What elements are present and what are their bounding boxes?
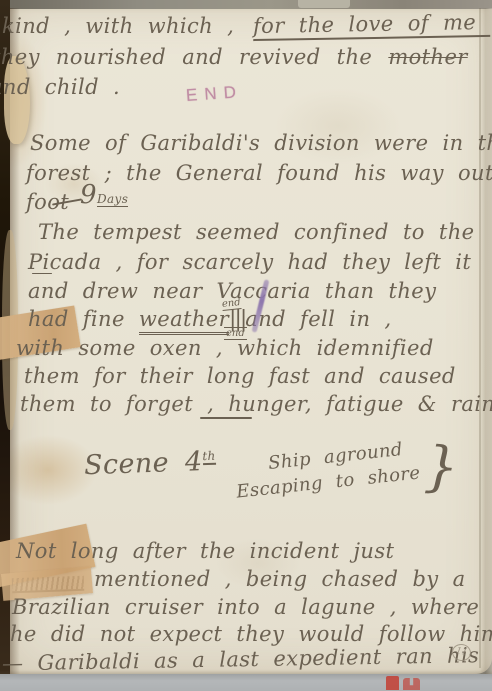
- manuscript-line: them for their long fast and caused: [24, 366, 456, 387]
- pen-underline: [32, 273, 52, 274]
- manuscript-line: they nourished and revived the mother: [0, 47, 468, 68]
- line-text: and fell in ,: [245, 307, 391, 331]
- line-text: Picada , for scarcely had they left it: [28, 250, 471, 274]
- line-text: had fine: [28, 307, 125, 331]
- underlined-phrase: for the love of me: [253, 10, 491, 41]
- line-text: them to forget ,: [20, 392, 214, 416]
- line-text: mentioned , being chased by a: [94, 567, 466, 591]
- line-text: hunger, fatigue & rain: [228, 392, 492, 416]
- line-text: they nourished and revived the: [0, 45, 372, 69]
- page-right-edge: [480, 8, 492, 674]
- scene-heading: Scene 4th: [84, 448, 217, 480]
- days-number: 9: [80, 180, 97, 210]
- line-text: he did not expect they would follow him: [10, 622, 492, 646]
- days-annotation: 9Days: [80, 182, 128, 208]
- manuscript-line: Brazilian cruiser into a lagune , where: [12, 597, 479, 618]
- scene-title-text: Scene 4: [83, 446, 203, 481]
- line-text: and child .: [0, 75, 120, 99]
- pen-underline: [200, 417, 252, 419]
- line-text: kind , with which ,: [2, 14, 234, 38]
- line-text: Brazilian cruiser into a lagune , where: [12, 595, 479, 619]
- manuscript-scan: kind , with which , for the love of me t…: [0, 0, 492, 691]
- manuscript-line: The tempest seemed confined to the: [38, 222, 475, 243]
- manuscript-line: them to forget , hunger, fatigue & rain: [20, 394, 492, 415]
- line-text: them for their long fast and caused: [24, 364, 456, 388]
- line-text: The tempest seemed confined to the: [38, 220, 475, 244]
- days-word: Days: [97, 192, 128, 207]
- struck-word: mother: [388, 45, 467, 69]
- page-right-edge-line: [479, 8, 481, 668]
- end-pencil-note: END: [185, 82, 243, 106]
- end-superscript-note: end: [221, 297, 241, 311]
- manuscript-line: for the love of me: [253, 12, 490, 37]
- scan-top-edge: [0, 0, 492, 9]
- manuscript-line: kind , with which ,: [2, 16, 234, 37]
- red-stamp-fragment-icon: [386, 676, 399, 690]
- manuscript-line: mentioned , being chased by a: [94, 569, 466, 590]
- line-text: with some oxen , which idemnified: [16, 336, 434, 360]
- line-text: Some of Garibaldi's division were in the: [30, 131, 492, 155]
- manuscript-line: Picada , for scarcely had they left it: [28, 252, 471, 273]
- scan-top-edge-notch: [298, 0, 350, 8]
- line-text: Not long after the incident just: [16, 539, 394, 563]
- scene-brace: }: [423, 439, 460, 494]
- manuscript-line: Not long after the incident just: [16, 541, 394, 562]
- manuscript-line: he did not expect they would follow him: [10, 624, 492, 645]
- scene-ordinal: th: [202, 449, 216, 465]
- manuscript-line: with some oxen , which idemnified: [16, 338, 434, 359]
- underlined-word: weather: [139, 307, 229, 335]
- manuscript-line: had fine weather|||and fell in ,: [28, 309, 392, 331]
- manuscript-line: Some of Garibaldi's division were in the: [30, 133, 492, 154]
- manuscript-line: and child .: [0, 77, 120, 98]
